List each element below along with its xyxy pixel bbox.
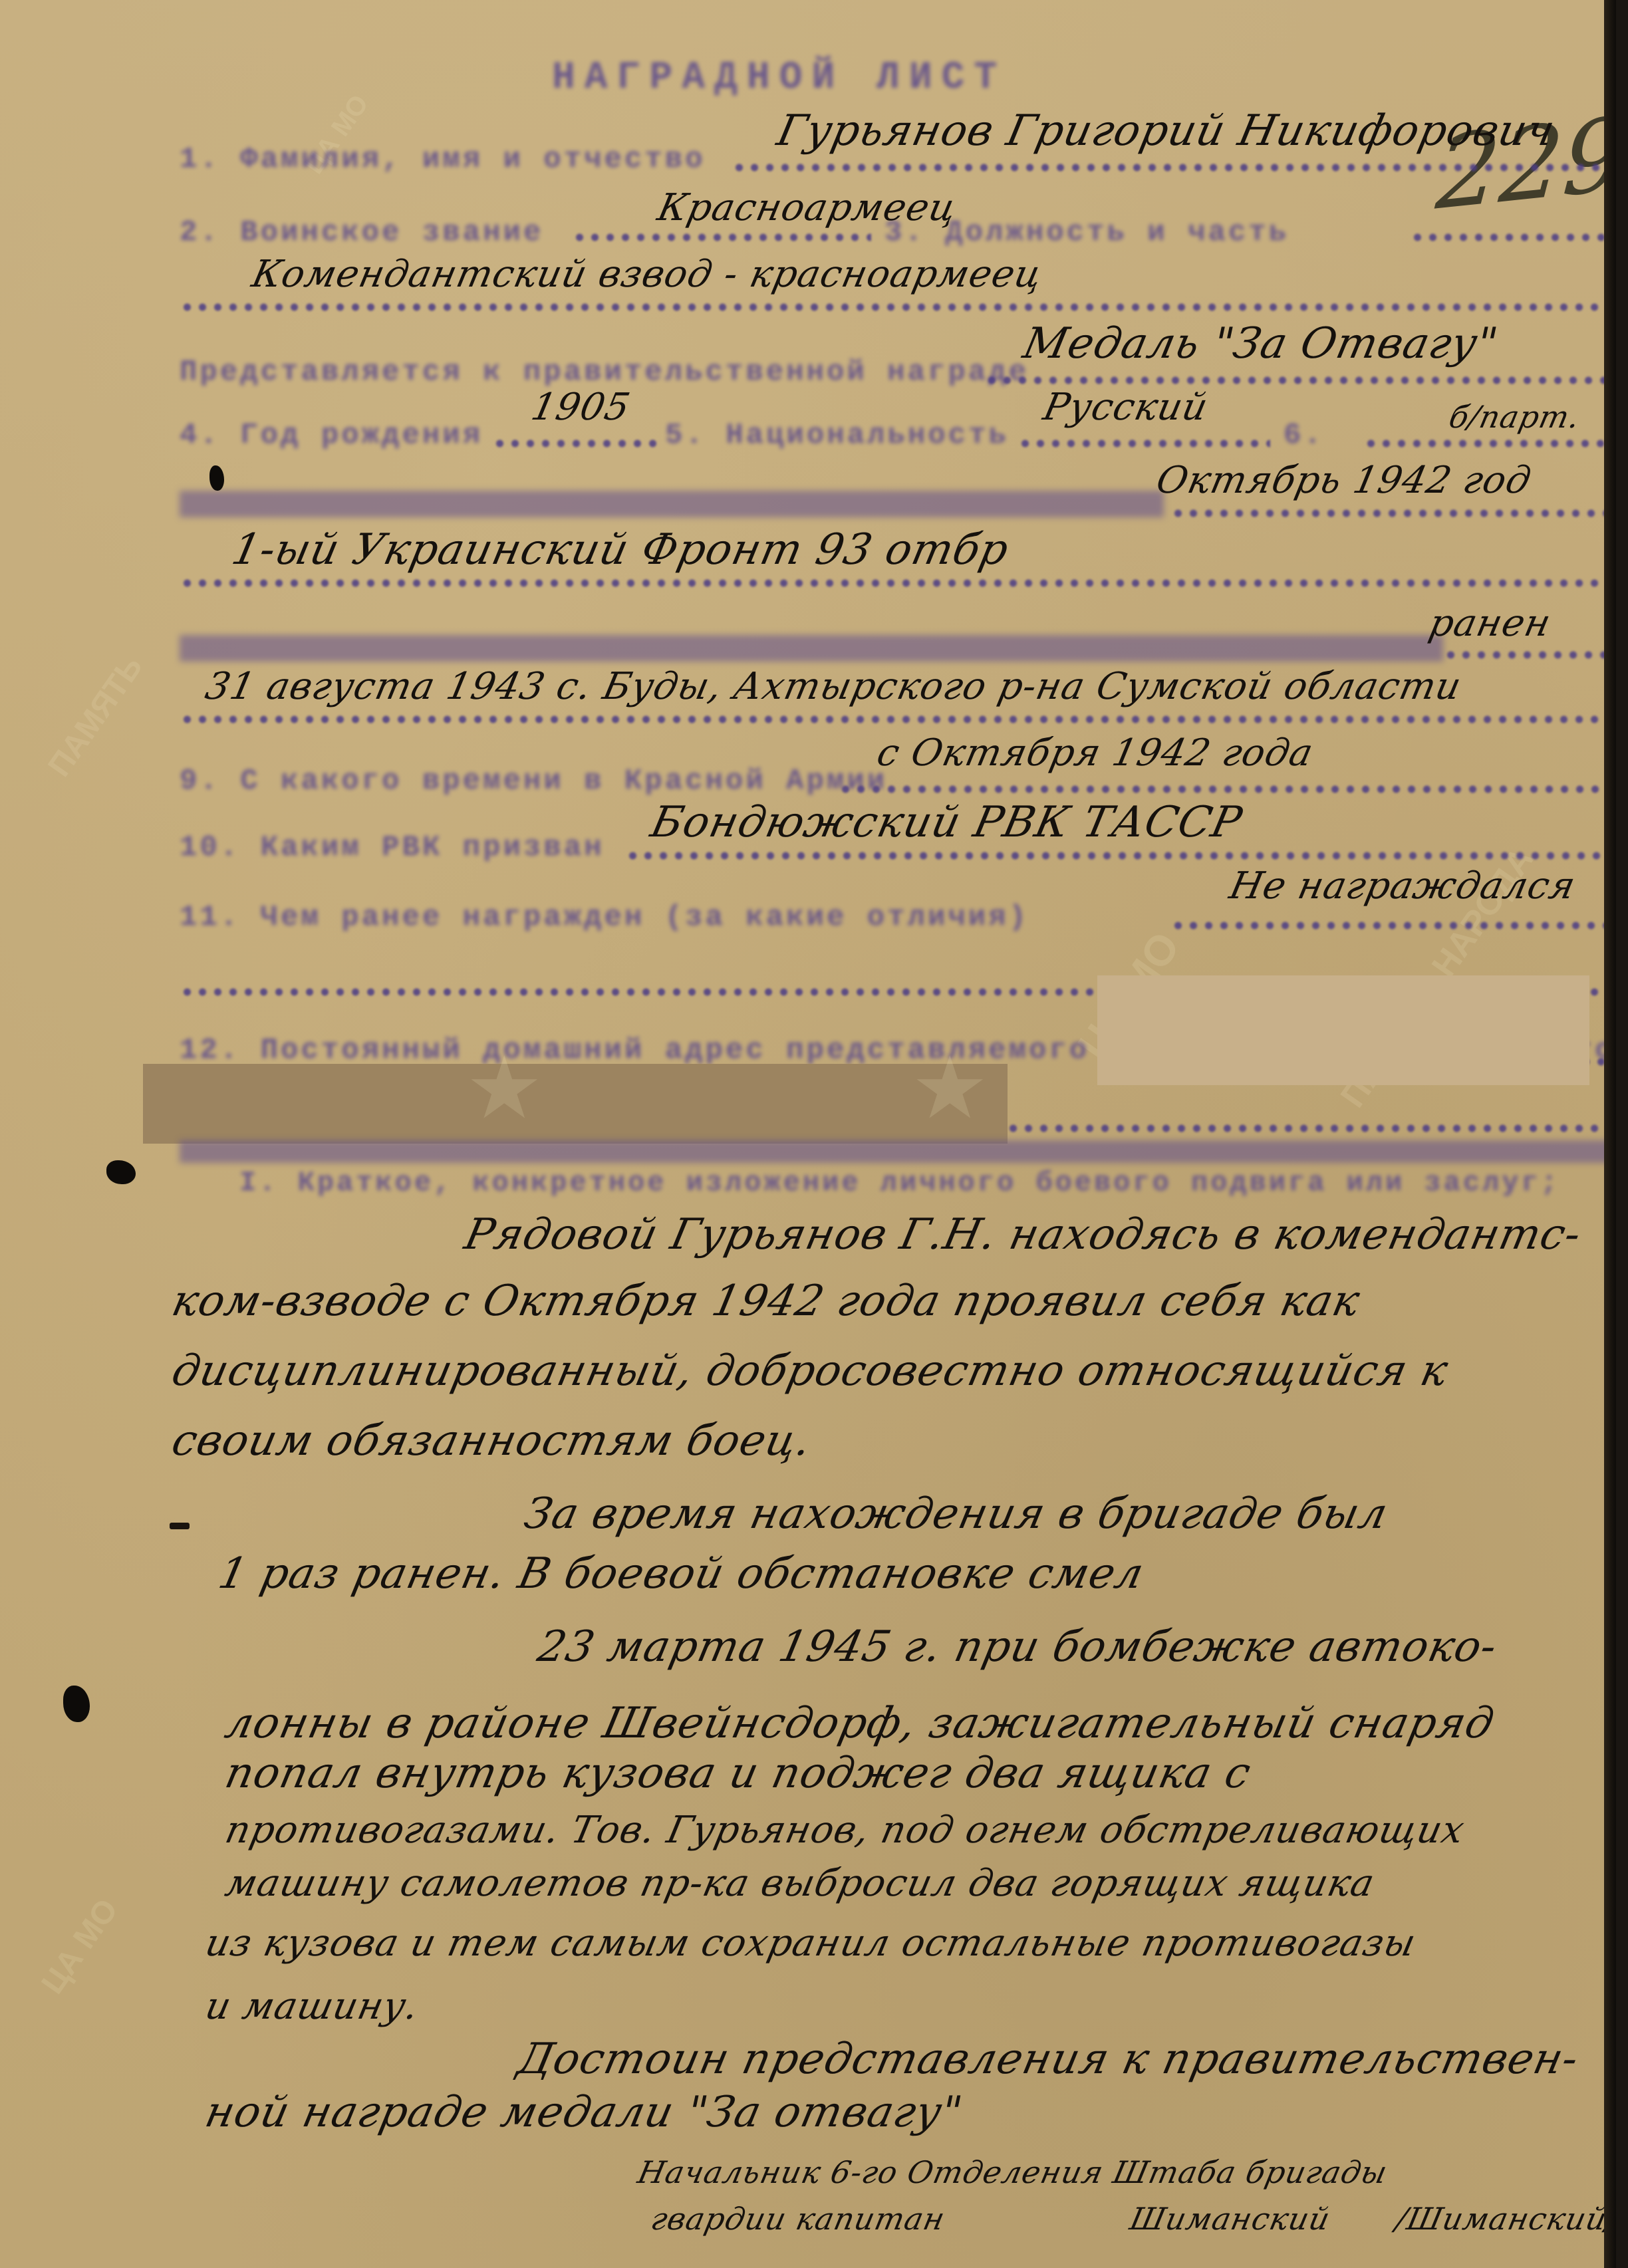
field-8-value: ранен bbox=[1425, 602, 1555, 645]
narrative-line-7: 23 марта 1945 г. при бомбежке автоко- bbox=[533, 1622, 1502, 1672]
narrative-line-11: машину самолетов пр-ка выбросил два горя… bbox=[221, 1862, 1379, 1905]
watermark-star: ★ bbox=[911, 1037, 989, 1138]
field-1-value: Гурьянов Григорий Никифорович bbox=[773, 106, 1560, 156]
hole-punch-top bbox=[209, 465, 224, 491]
narrative-line-9: попал внутрь кузова и поджег два ящика с bbox=[221, 1749, 1256, 1798]
award-label: Представляется к правительственной награ… bbox=[180, 356, 1029, 389]
scan-right-edge bbox=[1604, 0, 1616, 2268]
field-7-dotline bbox=[1170, 509, 1616, 518]
section-header: I. Краткое, конкретное изложение личного… bbox=[239, 1167, 1560, 1199]
field-4-value: 1905 bbox=[527, 386, 634, 429]
narrative-line-8: лонны в районе Швейнсдорф, зажигательный… bbox=[221, 1699, 1498, 1748]
narrative-line-1: Рядовой Гурьянов Г.Н. находясь в коменда… bbox=[460, 1210, 1585, 1259]
narrative-line-13: и машину. bbox=[202, 1985, 423, 2028]
ink-mark bbox=[170, 1523, 190, 1529]
field-2-dotline bbox=[572, 233, 871, 242]
field-9-label: 9. С какого времени в Красной Армии bbox=[180, 765, 887, 798]
field-10-value: Бондюжский РВК ТАССР bbox=[646, 798, 1246, 847]
narrative-line-15: ной награде медали "За отвагу" bbox=[201, 2088, 967, 2137]
field-7-value: Октябрь 1942 год bbox=[1153, 459, 1535, 502]
field-10-dotline bbox=[625, 851, 1616, 860]
field-1-label: 1. Фамилия, имя и отчество bbox=[180, 143, 706, 176]
field-8-dotline-2 bbox=[180, 715, 1616, 724]
field-9-dotline bbox=[838, 785, 1616, 794]
field-6-dotline bbox=[1363, 439, 1616, 448]
field-6-label: 6. bbox=[1284, 419, 1324, 452]
narrative-line-2: ком-взводе с Октября 1942 года проявил с… bbox=[168, 1277, 1364, 1326]
field-7-dotline-2 bbox=[180, 578, 1616, 588]
field-8-dotline bbox=[1443, 650, 1616, 660]
award-dotline bbox=[984, 376, 1616, 385]
hole-punch-bottom bbox=[63, 1686, 90, 1722]
field-10-label: 10. Каким РВК призван bbox=[180, 831, 605, 864]
narrative-line-10: противогазами. Тов. Гурьянов, под огнем … bbox=[221, 1809, 1468, 1852]
field-3-value: Комендантский взвод - красноармеец bbox=[248, 253, 1046, 296]
field-7-value-line2: 1-ый Украинский Фронт 93 отбр bbox=[227, 525, 1013, 574]
redaction-box-address-left bbox=[143, 1064, 1008, 1144]
field-4-label: 4. Год рождения bbox=[180, 419, 483, 452]
narrative-line-3: дисциплинированный, добросовестно относя… bbox=[168, 1346, 1452, 1396]
field-3-dotline-2 bbox=[180, 303, 1616, 312]
field-5-value: Русский bbox=[1039, 386, 1212, 429]
narrative-line-6: 1 раз ранен. В боевой обстановке смел bbox=[214, 1549, 1149, 1598]
section-header-band bbox=[180, 1140, 1616, 1163]
award-value: Медаль "За Отвагу" bbox=[1019, 319, 1502, 368]
redaction-box-address-right bbox=[1097, 975, 1589, 1085]
narrative-line-14: Достоин представления к правительствен- bbox=[513, 2035, 1583, 2084]
field-3-dotline bbox=[1410, 233, 1616, 242]
watermark-left: ПАМЯТЬ bbox=[41, 650, 150, 783]
field-11-dotline bbox=[1170, 921, 1616, 930]
narrative-line-4: своим обязанностям боец. bbox=[168, 1416, 816, 1465]
field-1-dotline bbox=[732, 163, 1616, 172]
field-5-label: 5. Национальность bbox=[665, 419, 1009, 452]
narrative-line-5: За время нахождения в бригаде был bbox=[520, 1489, 1392, 1539]
field-6-value: б/парт. bbox=[1446, 399, 1583, 435]
field-11-value: Не награждался bbox=[1226, 864, 1579, 908]
field-8-value-line2: 31 августа 1943 с. Буды, Ахтырского р-на… bbox=[202, 665, 1465, 708]
signature-scrawl: Шиманский bbox=[1127, 2201, 1333, 2237]
watermark-left-2: ЦА МО bbox=[35, 1892, 126, 2001]
signature-name: /Шиманский/ bbox=[1393, 2201, 1616, 2237]
award-sheet-page: ЦА МО ПАМЯТЬ НАРОДА ЦА ЦА МО ПАМЯТЬ ЦА М… bbox=[0, 0, 1616, 2268]
field-4-dotline bbox=[492, 439, 658, 448]
hole-punch-middle bbox=[106, 1160, 136, 1184]
signature-rank: гвардии капитан bbox=[648, 2201, 948, 2237]
field-8-label-blur bbox=[180, 635, 1443, 662]
field-5-dotline bbox=[1017, 439, 1270, 448]
field-11-label: 11. Чем ранее награжден (за какие отличи… bbox=[180, 901, 1029, 934]
field-9-value: с Октября 1942 года bbox=[873, 731, 1317, 775]
document-title: НАГРАДНОЙ ЛИСТ bbox=[552, 57, 1006, 100]
signature-title-line: Начальник 6-го Отделения Штаба бригады bbox=[634, 2154, 1391, 2190]
field-7-label-blur bbox=[180, 491, 1164, 517]
narrative-line-12: из кузова и тем самым сохранил остальные… bbox=[202, 1922, 1420, 1965]
watermark-star-2: ★ bbox=[466, 1037, 543, 1138]
field-2-value: Красноармеец bbox=[654, 186, 960, 229]
field-2-label: 2. Воинское звание bbox=[180, 216, 543, 249]
